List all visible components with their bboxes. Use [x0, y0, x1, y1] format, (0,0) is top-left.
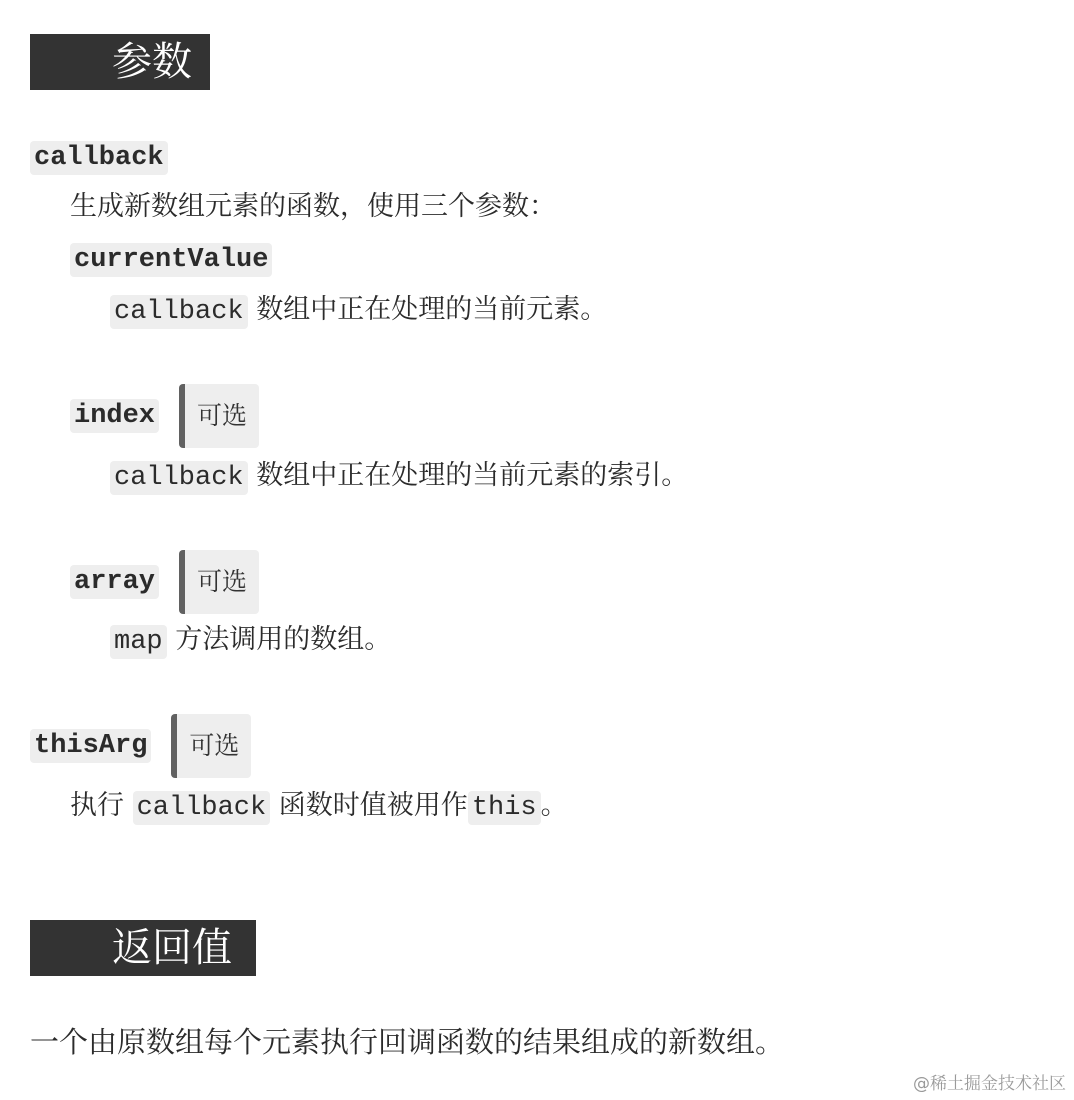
description-text: 执行 — [70, 790, 133, 821]
inline-code: callback — [133, 791, 271, 825]
param-name-currentValue: currentValue — [70, 243, 272, 277]
inline-code: callback — [110, 295, 248, 329]
description-text: 数组中正在处理的当前元素的索引。 — [248, 460, 689, 491]
param-name-array: array — [70, 565, 159, 599]
param-currentValue: currentValue — [70, 238, 272, 280]
description-text: 函数时值被用作 — [270, 790, 468, 821]
optional-badge: 可选 — [179, 384, 259, 448]
param-callback: callback — [30, 136, 168, 178]
inline-code: this — [468, 791, 541, 825]
watermark: @稀土掘金技术社区 — [913, 1069, 1066, 1094]
currentValue-description: callback 数组中正在处理的当前元素。 — [110, 290, 607, 332]
description-text: 方法调用的数组。 — [167, 624, 392, 655]
inline-code: map — [110, 625, 167, 659]
return-heading: 返回值 — [30, 920, 256, 976]
optional-badge: 可选 — [179, 550, 259, 614]
description-text: 。 — [541, 790, 568, 821]
param-name-index: index — [70, 399, 159, 433]
param-array: array 可选 — [70, 550, 259, 614]
description-text: 数组中正在处理的当前元素。 — [248, 294, 608, 325]
param-name-thisArg: thisArg — [30, 729, 151, 763]
thisArg-description: 执行 callback 函数时值被用作this。 — [70, 786, 568, 828]
inline-code: callback — [110, 461, 248, 495]
param-thisArg: thisArg 可选 — [30, 714, 251, 778]
params-heading: 参数 — [30, 34, 210, 90]
param-index: index 可选 — [70, 384, 259, 448]
array-description: map 方法调用的数组。 — [110, 620, 391, 662]
callback-description: 生成新数组元素的函数，使用三个参数： — [70, 187, 556, 227]
optional-badge: 可选 — [171, 714, 251, 778]
index-description: callback 数组中正在处理的当前元素的索引。 — [110, 456, 688, 498]
param-name-callback: callback — [30, 141, 168, 175]
return-description: 一个由原数组每个元素执行回调函数的结果组成的新数组。 — [30, 1022, 784, 1062]
